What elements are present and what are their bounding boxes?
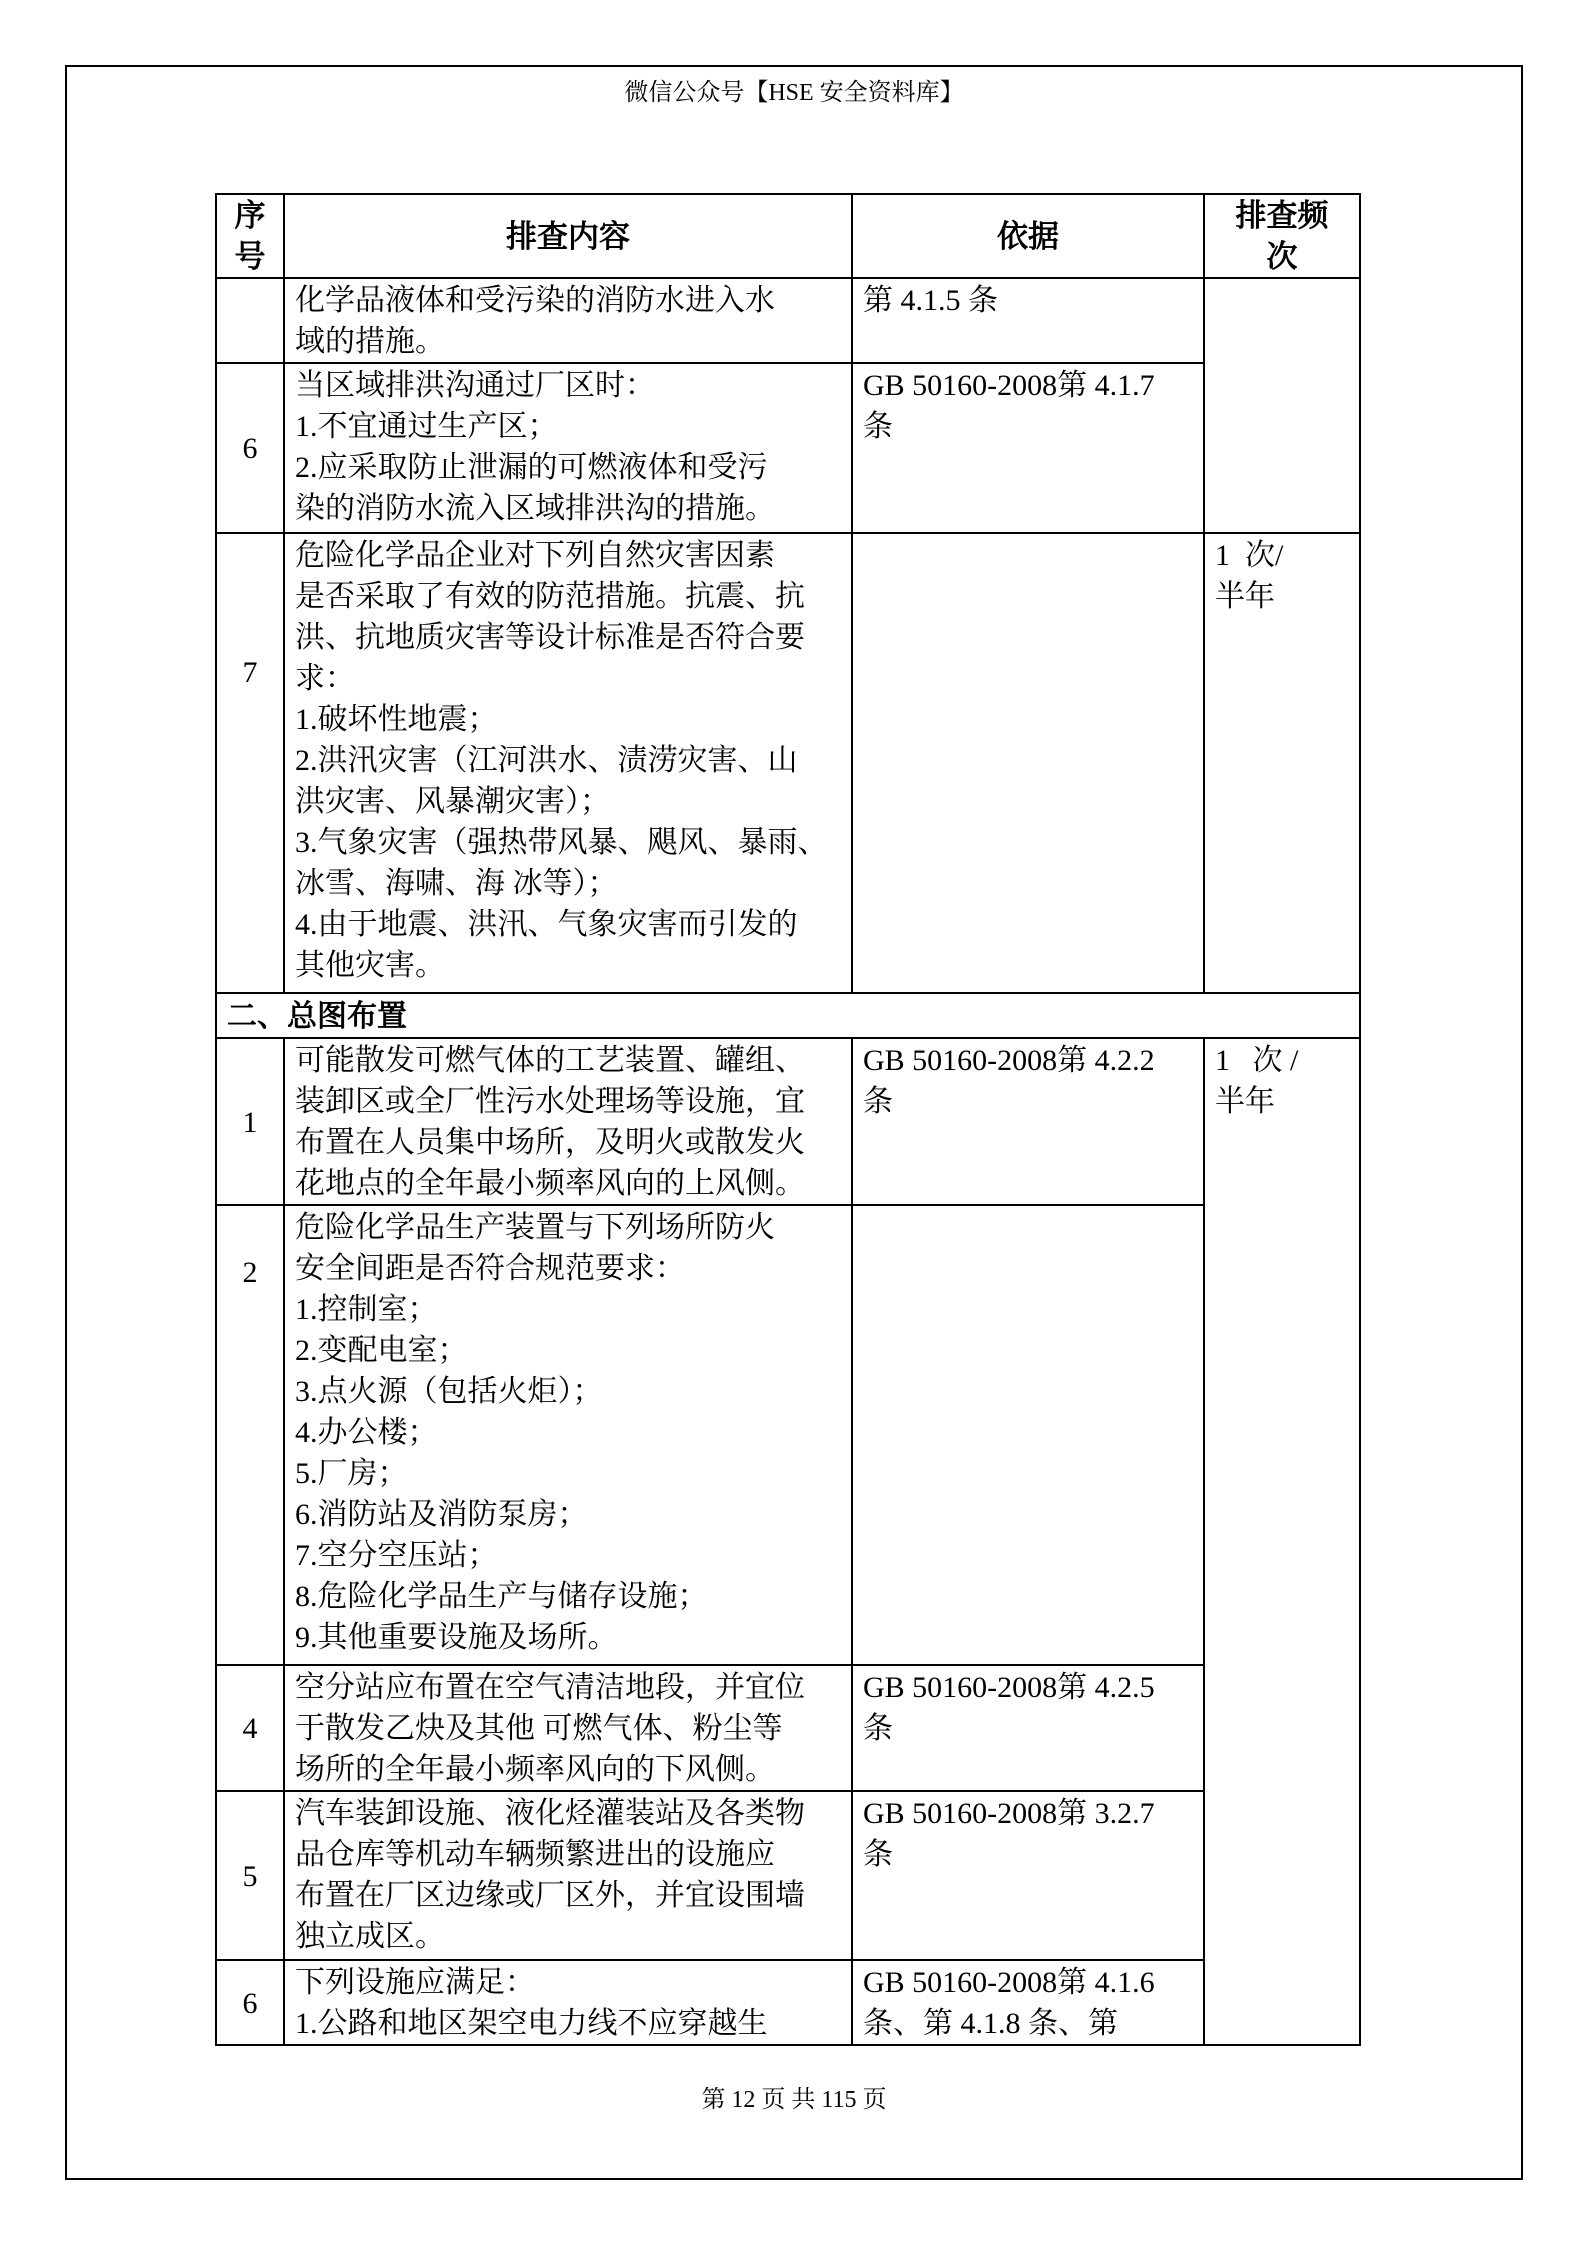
inspection-content-cell: 汽车装卸设施、液化烃灌装站及各类物 品仓库等机动车辆频繁进出的设施应 布置在厂区…: [284, 1791, 852, 1960]
inspection-content-cell: 危险化学品生产装置与下列场所防火 安全间距是否符合规范要求： 1.控制室； 2.…: [284, 1205, 852, 1665]
page-number-footer: 第 12 页 共 115 页: [65, 2082, 1523, 2118]
column-header-content: 排查内容: [284, 194, 852, 278]
serial-number-cell: 2: [216, 1205, 284, 1665]
document-page: 微信公众号【HSE 安全资料库】 序 号 排查内容 依据 排查频 次 化学品液体…: [0, 0, 1587, 2245]
table-row: 1可能散发可燃气体的工艺装置、罐组、 装卸区或全厂性污水处理场等设施，宜 布置在…: [216, 1038, 1360, 1205]
table-row: 2危险化学品生产装置与下列场所防火 安全间距是否符合规范要求： 1.控制室； 2…: [216, 1205, 1360, 1665]
table-row: 6下列设施应满足： 1.公路和地区架空电力线不应穿越生GB 50160-2008…: [216, 1960, 1360, 2045]
frequency-cell: 1 次/ 半年: [1204, 533, 1360, 993]
frequency-cell: 1 次 / 半年: [1204, 1038, 1360, 2045]
inspection-content-cell: 当区域排洪沟通过厂区时： 1.不宜通过生产区； 2.应采取防止泄漏的可燃液体和受…: [284, 363, 852, 533]
serial-number-cell: 6: [216, 1960, 284, 2045]
basis-cell: GB 50160-2008第 4.2.5 条: [852, 1665, 1204, 1791]
basis-cell: [852, 533, 1204, 993]
column-header-serial: 序 号: [216, 194, 284, 278]
document-header-title: 微信公众号【HSE 安全资料库】: [65, 78, 1523, 108]
column-header-frequency: 排查频 次: [1204, 194, 1360, 278]
inspection-content-cell: 化学品液体和受污染的消防水进入水 域的措施。: [284, 278, 852, 363]
inspection-content-cell: 可能散发可燃气体的工艺装置、罐组、 装卸区或全厂性污水处理场等设施，宜 布置在人…: [284, 1038, 852, 1205]
basis-cell: GB 50160-2008第 4.1.6 条、第 4.1.8 条、第: [852, 1960, 1204, 2045]
serial-number-cell: 5: [216, 1791, 284, 1960]
inspection-content-cell: 下列设施应满足： 1.公路和地区架空电力线不应穿越生: [284, 1960, 852, 2045]
column-header-basis: 依据: [852, 194, 1204, 278]
basis-cell: GB 50160-2008第 4.2.2 条: [852, 1038, 1204, 1205]
table-row: 7危险化学品企业对下列自然灾害因素 是否采取了有效的防范措施。抗震、抗 洪、抗地…: [216, 533, 1360, 993]
table-row: 4空分站应布置在空气清洁地段，并宜位 于散发乙炔及其他 可燃气体、粉尘等 场所的…: [216, 1665, 1360, 1791]
inspection-checklist-table: 序 号 排查内容 依据 排查频 次 化学品液体和受污染的消防水进入水 域的措施。…: [215, 193, 1361, 2046]
frequency-cell: [1204, 278, 1360, 533]
basis-cell: [852, 1205, 1204, 1665]
table-row: 6当区域排洪沟通过厂区时： 1.不宜通过生产区； 2.应采取防止泄漏的可燃液体和…: [216, 363, 1360, 533]
basis-cell: 第 4.1.5 条: [852, 278, 1204, 363]
serial-number-cell: 7: [216, 533, 284, 993]
section-header-label: 二、总图布置: [216, 993, 1360, 1038]
section-row: 二、总图布置: [216, 993, 1360, 1038]
table-row: 化学品液体和受污染的消防水进入水 域的措施。第 4.1.5 条: [216, 278, 1360, 363]
serial-number-cell: 1: [216, 1038, 284, 1205]
serial-number-cell: [216, 278, 284, 363]
serial-number-cell: 6: [216, 363, 284, 533]
inspection-content-cell: 空分站应布置在空气清洁地段，并宜位 于散发乙炔及其他 可燃气体、粉尘等 场所的全…: [284, 1665, 852, 1791]
table-header-row: 序 号 排查内容 依据 排查频 次: [216, 194, 1360, 278]
table-row: 5汽车装卸设施、液化烃灌装站及各类物 品仓库等机动车辆频繁进出的设施应 布置在厂…: [216, 1791, 1360, 1960]
basis-cell: GB 50160-2008第 4.1.7 条: [852, 363, 1204, 533]
basis-cell: GB 50160-2008第 3.2.7 条: [852, 1791, 1204, 1960]
table-header: 序 号 排查内容 依据 排查频 次: [216, 194, 1360, 278]
inspection-content-cell: 危险化学品企业对下列自然灾害因素 是否采取了有效的防范措施。抗震、抗 洪、抗地质…: [284, 533, 852, 993]
checklist-body: 化学品液体和受污染的消防水进入水 域的措施。第 4.1.5 条6当区域排洪沟通过…: [216, 278, 1360, 2045]
serial-number-cell: 4: [216, 1665, 284, 1791]
